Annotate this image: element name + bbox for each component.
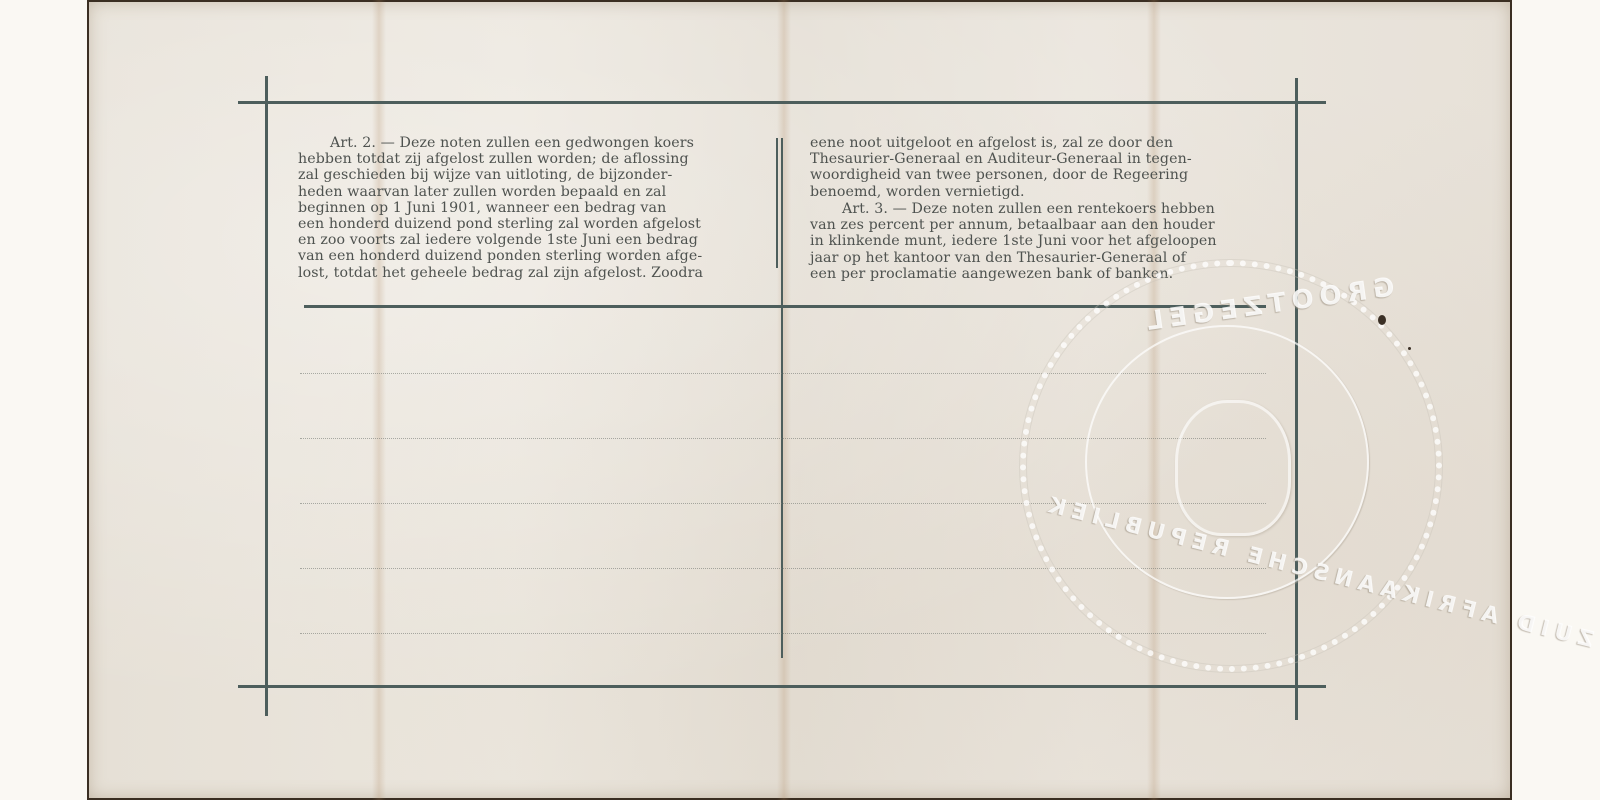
text-line: een honderd duizend pond sterling zal wo…	[298, 216, 754, 232]
frame-bottom-line	[238, 685, 1326, 688]
article-2-continued-text: eene noot uitgeloot en afgelost is, zal …	[810, 135, 1268, 200]
text-line: in klinkende munt, iedere 1ste Juni voor…	[810, 233, 1268, 249]
text-line: Art. 2. — Deze noten zullen een gedwonge…	[298, 135, 754, 151]
text-line: benoemd, worden vernietigd.	[810, 184, 1268, 200]
text-line: van zes percent per annum, betaalbaar aa…	[810, 217, 1268, 233]
fold-crease	[777, 0, 791, 800]
column-divider-left	[776, 138, 778, 268]
article-2-text: Art. 2. — Deze noten zullen een gedwonge…	[298, 135, 754, 281]
text-line: eene noot uitgeloot en afgelost is, zal …	[810, 135, 1268, 151]
fold-crease	[372, 0, 386, 800]
text-line: zal geschieden bij wijze van uitloting, …	[298, 167, 754, 183]
text-line: en zoo voorts zal iedere volgende 1ste J…	[298, 232, 754, 248]
text-line: beginnen op 1 Juni 1901, wanneer een bed…	[298, 200, 754, 216]
text-line: woordigheid van twee personen, door de R…	[810, 167, 1268, 183]
text-line: Thesaurier-Generaal en Auditeur-Generaal…	[810, 151, 1268, 167]
frame-top-line	[238, 101, 1326, 104]
ink-spot	[1378, 315, 1386, 325]
text-line: Art. 3. — Deze noten zullen een rentekoe…	[810, 201, 1268, 217]
frame-left-line	[265, 76, 268, 716]
text-line: hebben totdat zij afgelost zullen worden…	[298, 151, 754, 167]
column-divider-right	[781, 138, 783, 658]
text-line: heden waarvan later zullen worden bepaal…	[298, 184, 754, 200]
text-line: van een honderd duizend ponden sterling …	[298, 248, 754, 264]
text-line: lost, totdat het geheele bedrag zal zijn…	[298, 265, 754, 281]
ink-spot	[1408, 347, 1411, 350]
coat-of-arms-icon	[1175, 400, 1291, 536]
